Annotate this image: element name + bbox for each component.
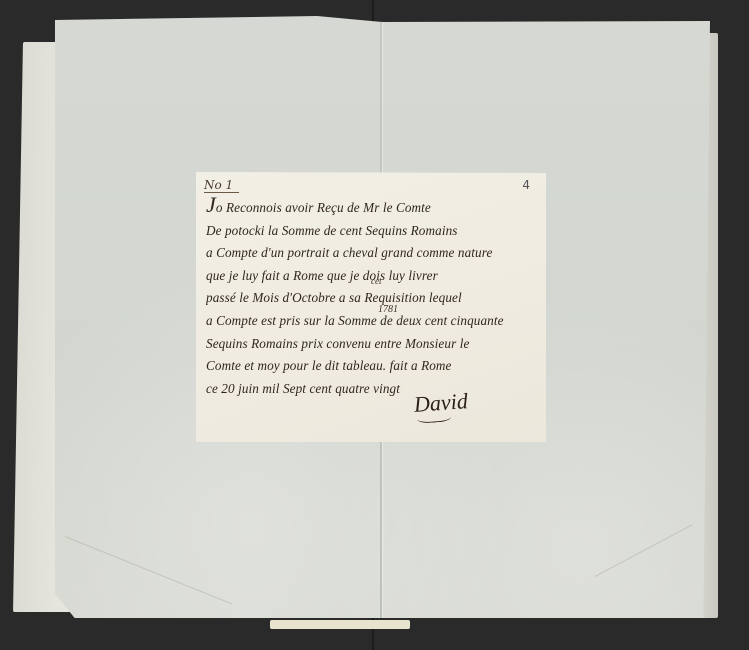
text-line: De potocki la Somme de cent Sequins Roma…: [206, 220, 540, 243]
interlinear-year: 1781: [378, 304, 398, 315]
reference-number: No 1: [204, 178, 239, 193]
text-line: Comte et moy pour le dit tableau. fait a…: [206, 355, 540, 378]
interlinear-annotation: cet: [371, 276, 382, 286]
text-line: a Compte d'un portrait a cheval grand co…: [206, 242, 540, 265]
page-number: 4: [522, 178, 530, 192]
receipt-text: Jo Reconnois avoir Reçu de Mr le Comte D…: [206, 194, 540, 400]
paper-wrinkle: [595, 524, 693, 577]
text-line: a Compte est pris sur la Somme de deux c…: [206, 310, 540, 333]
text-line: Sequins Romains prix convenu entre Monsi…: [206, 333, 540, 356]
signature: David: [413, 388, 468, 418]
paper-wrinkle: [65, 536, 232, 604]
text-line: Jo Reconnois avoir Reçu de Mr le Comte: [206, 194, 540, 220]
text-line: passé le Mois d'Octobre a sa Requisition…: [206, 287, 540, 310]
underlying-sheet-bottom-edge: [270, 620, 410, 629]
manuscript-receipt: No 1 4 Jo Reconnois avoir Reçu de Mr le …: [196, 172, 546, 442]
text-line: ce 20 juin mil Sept cent quatre vingt: [206, 378, 540, 401]
